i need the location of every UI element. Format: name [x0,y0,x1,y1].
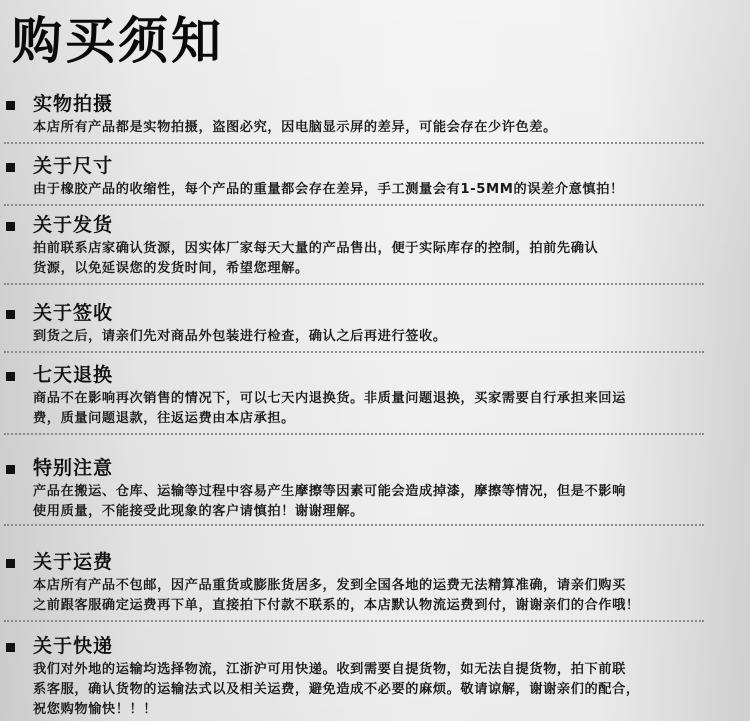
dotted-divider [4,351,704,353]
dotted-divider [4,204,704,206]
section-heading: 七天退换 [33,364,113,386]
section-body: 本店所有产品不包邮，因产品重货或膨胀货居多，发到全国各地的运费无法精算准确，请亲… [33,576,733,616]
purchase-notice-page: 购买须知 实物拍摄 本店所有产品都是实物拍摄，盗图必究，因电脑显示屏的差异，可能… [0,0,750,721]
body-line: 货源，以免延误您的发货时间，希望您理解。 [33,259,733,279]
body-line: 到货之后，请亲们先对商品外包装进行检查，确认之后再进行签收。 [33,327,733,347]
body-line: 商品不在影响再次销售的情况下，可以七天内退换货。非质量问题退换，买家需要自行承担… [33,389,733,409]
body-line: 之前跟客服确定运费再下单，直接拍下付款不联系的，本店默认物流运费到付，谢谢亲们的… [33,596,733,616]
section-body: 由于橡胶产品的收缩性，每个产品的重量都会存在差异，手工测量会有1-5MM的误差介… [33,180,733,200]
section-body: 商品不在影响再次销售的情况下，可以七天内退换货。非质量问题退换，买家需要自行承担… [33,389,733,429]
bullet-square-icon [6,372,15,381]
section-heading: 关于发货 [33,214,113,236]
bullet-square-icon [6,101,15,110]
section-heading: 关于尺寸 [33,155,113,177]
bullet-square-icon [6,643,15,652]
page-title: 购买须知 [12,8,224,74]
dotted-divider [4,620,704,622]
bullet-square-icon [6,163,15,172]
bullet-square-icon [6,310,15,319]
section-heading: 关于快递 [33,635,113,657]
section-heading: 关于签收 [33,302,113,324]
body-line: 使用质量，不能接受此现象的客户请慎拍！谢谢理解。 [33,502,733,522]
section-body: 到货之后，请亲们先对商品外包装进行检查，确认之后再进行签收。 [33,327,733,347]
section-heading: 特别注意 [33,457,113,479]
dotted-divider [4,524,704,526]
section-heading: 关于运费 [33,551,113,573]
section-body: 我们对外地的运输均选择物流，江浙沪可用快递。收到需要自提货物，如无法自提货物，拍… [33,660,733,720]
body-line: 产品在搬运、仓库、运输等过程中容易产生摩擦等因素可能会造成掉漆，摩擦等情况，但是… [33,482,733,502]
body-line: 费，质量问题退款，往返运费由本店承担。 [33,409,733,429]
dotted-divider [4,433,704,435]
body-line: 祝您购物愉快！！！ [33,700,733,720]
section-body: 拍前联系店家确认货源，因实体厂家每天大量的产品售出，便于实际库存的控制，拍前先确… [33,239,733,279]
body-line: 由于橡胶产品的收缩性，每个产品的重量都会存在差异，手工测量会有1-5MM的误差介… [33,180,733,200]
section-body: 本店所有产品都是实物拍摄，盗图必究，因电脑显示屏的差异，可能会存在少许色差。 [33,118,733,138]
dotted-divider [4,283,704,285]
body-line: 本店所有产品不包邮，因产品重货或膨胀货居多，发到全国各地的运费无法精算准确，请亲… [33,576,733,596]
section-body: 产品在搬运、仓库、运输等过程中容易产生摩擦等因素可能会造成掉漆，摩擦等情况，但是… [33,482,733,522]
body-line: 拍前联系店家确认货源，因实体厂家每天大量的产品售出，便于实际库存的控制，拍前先确… [33,239,733,259]
bullet-square-icon [6,559,15,568]
bullet-square-icon [6,222,15,231]
body-line: 系客服，确认货物的运输法式以及相关运费，避免造成不必要的麻烦。敬请谅解，谢谢亲们… [33,680,733,700]
body-line: 本店所有产品都是实物拍摄，盗图必究，因电脑显示屏的差异，可能会存在少许色差。 [33,118,733,138]
section-heading: 实物拍摄 [33,93,113,115]
body-line: 我们对外地的运输均选择物流，江浙沪可用快递。收到需要自提货物，如无法自提货物，拍… [33,660,733,680]
bullet-square-icon [6,465,15,474]
dotted-divider [4,142,704,144]
